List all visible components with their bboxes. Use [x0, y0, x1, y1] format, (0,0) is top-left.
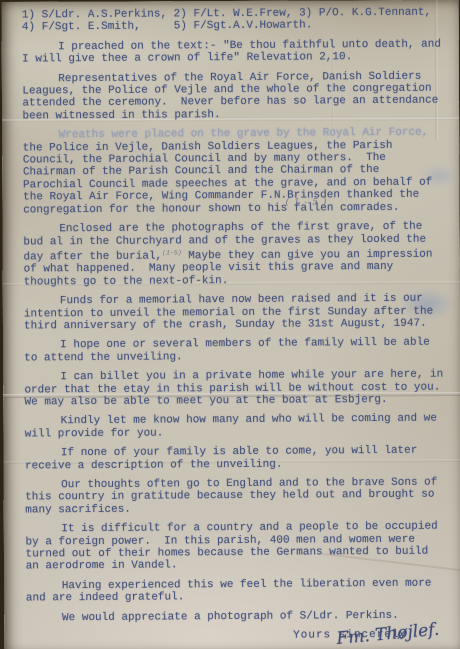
pencil-annotation: ( 1 - 5 ): [285, 198, 327, 208]
pencil-note-inline: (1-5): [162, 249, 182, 256]
letter-body: 1) S/Ldr. A.S.Perkins, 2) F/Lt. W.E.Frew…: [22, 7, 445, 644]
letter-photo: 1) S/Ldr. A.S.Perkins, 2) F/Lt. W.E.Frew…: [0, 0, 460, 649]
paragraph-if-none: If none of your family is able to come, …: [25, 445, 444, 473]
paragraph-wreaths: Wreaths were placed on the grave by the …: [23, 127, 443, 217]
crew-list-line-2: 4) F/Sgt. E.Smith, 5) F/Sgt.A.V.Howarth.: [22, 19, 441, 34]
paragraph-thoughts: Our thoughts often go to England and to …: [25, 477, 444, 517]
crew-list: 1) S/Ldr. A.S.Perkins, 2) F/Lt. W.E.Frew…: [22, 7, 441, 35]
paragraph-enclosed: Enclosed are the photographs of the firs…: [23, 221, 442, 289]
paragraph-funds: Funds for a memorial have now been raise…: [24, 293, 443, 333]
paragraph-photograph: We would appreciate a photograph of S/Ld…: [26, 609, 445, 624]
paragraph-liberation: Having experienced this we feel the libe…: [26, 577, 445, 605]
paragraph-representatives: Representatives of the Royal Air Force, …: [22, 70, 441, 123]
letter-paper: 1) S/Ldr. A.S.Perkins, 2) F/Lt. W.E.Frew…: [2, 0, 460, 649]
paragraph-billet: I can billet you in a private home while…: [24, 369, 443, 409]
paragraph-difficult: It is difficult for a country and a peop…: [25, 521, 444, 574]
paragraph-hope: I hope one or several members of the fam…: [24, 337, 443, 365]
paragraph-kindly: Kindly let me know how many and who will…: [25, 413, 444, 441]
paragraph-preached: I preached on the text:- "Be thou faithf…: [22, 38, 441, 66]
